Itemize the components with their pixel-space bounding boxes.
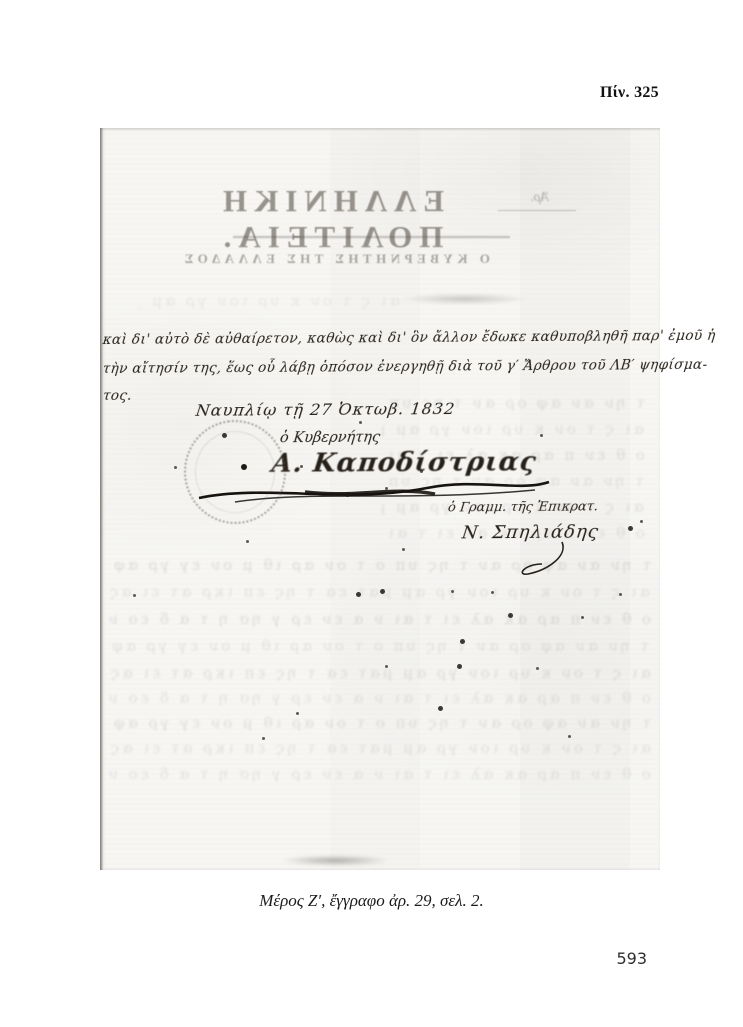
ghost-handwriting-line: αι ς τ ον κ υρ ιον γρ αμ ματ εα τ ης επ … xyxy=(106,739,653,757)
ghost-handwriting-line: αι ς τ ον κ υρ ιον γρ αμ ματ εα τ ης επ … xyxy=(381,498,646,516)
ink-dot xyxy=(438,706,443,711)
ink-dot xyxy=(457,664,462,669)
ink-dot xyxy=(460,639,465,644)
ink-dot xyxy=(385,665,388,668)
ink-dot xyxy=(540,434,543,437)
ghost-handwriting-line: τ ην αν αφ ορ αν τ ης υπ ο τ ον αρ ιθ μ … xyxy=(104,714,653,732)
ink-dot xyxy=(133,594,136,597)
handwritten-line: τος. xyxy=(102,388,133,404)
ghost-handwriting-line: ο θ εν π αρ ακ αλ ει τ αι ν α εν ερ γ ησ… xyxy=(104,610,653,628)
bottom-shadow-smudge xyxy=(280,855,390,866)
ghost-handwriting-line: τ ην αν αφ ορ αν τ ης υπ ο τ ον αρ ιθ μ … xyxy=(105,556,653,574)
figure-caption: Μέρος Ζ′, ἔγγραφο ἀρ. 29, σελ. 2. xyxy=(0,891,743,911)
ink-dot xyxy=(628,526,633,531)
masthead-subtitle-mirrored: Ο ΚΥΒΕΡΝΗΤΗΣ ΤΗΣ ΕΛΛΑΔΟΣ xyxy=(100,251,570,267)
ink-dot xyxy=(385,487,388,490)
ghost-handwriting-line: τ ην αν αφ ορ αν τ ης υπ ο τ ον αρ ιθ μ … xyxy=(108,637,651,655)
ghost-handwriting-line: ο θ εν π αρ ακ αλ ει τ αι ν α εν ερ γ ησ… xyxy=(379,524,647,542)
ink-dot xyxy=(246,540,249,543)
ink-dot xyxy=(300,465,303,468)
ghost-handwriting-line: τ ην αν αφ ορ αν τ ης υπ ο τ ον αρ ιθ μ … xyxy=(379,394,647,412)
ghost-handwriting-line: αι ς τ ον κ υρ ιον γρ αμ ματ εα τ ης επ … xyxy=(107,583,652,601)
ink-dot xyxy=(451,590,454,593)
ink-dot xyxy=(508,613,513,618)
ghost-handwriting-line: τ ην αν αφ ορ αν τ ης υπ ο τ ον αρ ιθ μ … xyxy=(383,472,646,490)
ghost-handwriting-line: αι ς τ ον κ υρ ιον γρ αμ ματ εα τ ης επ … xyxy=(105,664,653,682)
ghost-handwriting-line: ο θ εν π αρ ακ αλ ει τ αι ν α εν ερ γ ησ… xyxy=(379,446,647,464)
ghost-handwriting-line: ο θ εν π αρ ακ αλ ει τ αι ν α εν ερ γ ησ… xyxy=(105,765,653,783)
ink-dot xyxy=(345,492,350,497)
ink-dot xyxy=(296,712,299,715)
ink-dot xyxy=(536,667,539,670)
masthead-divider-rule xyxy=(233,236,510,238)
scanned-document: ΕΛΛΗΝΙΚΗ ΠΟΛΙΤΕΙΑ. Ἀρ. Ο ΚΥΒΕΡΝΗΤΗΣ ΤΗΣ … xyxy=(100,128,660,870)
ink-dot xyxy=(222,433,227,438)
ink-dot xyxy=(420,470,423,473)
ink-dot xyxy=(402,548,405,551)
masthead-number-rule xyxy=(498,210,576,211)
ink-dot xyxy=(262,737,265,740)
ink-dot xyxy=(568,735,571,738)
ink-dot xyxy=(380,589,385,594)
plate-label: Πίν. 325 xyxy=(600,84,659,102)
ink-dot xyxy=(581,616,584,619)
seal-ink-dot xyxy=(241,464,247,470)
page-number: 593 xyxy=(616,949,647,968)
ink-dot xyxy=(640,520,643,523)
faint-ink-smudge xyxy=(400,293,530,305)
ink-dot xyxy=(356,592,361,597)
ghost-handwriting-line: ο θ εν π αρ ακ αλ ει τ αι ν α εν ερ γ ησ… xyxy=(107,689,653,707)
ink-dot xyxy=(619,593,622,596)
ghost-handwriting-line: αι ς τ ον κ υρ ιον γρ αμ ματ εα τ ης επ … xyxy=(139,292,402,310)
ink-dot xyxy=(491,591,494,594)
masthead-title-mirrored: ΕΛΛΗΝΙΚΗ ΠΟΛΙΤΕΙΑ. xyxy=(100,183,560,255)
ink-dot xyxy=(174,466,177,469)
ink-dot xyxy=(359,421,362,424)
masthead-number-label-mirrored: Ἀρ. xyxy=(530,190,549,206)
ghost-handwriting-line: αι ς τ ον κ υρ ιον γρ αμ ματ εα τ ης επ … xyxy=(381,420,646,438)
book-page: Πίν. 325 ΕΛΛΗΝΙΚΗ ΠΟΛΙΤΕΙΑ. Ἀρ. Ο ΚΥΒΕΡΝ… xyxy=(0,0,743,1027)
